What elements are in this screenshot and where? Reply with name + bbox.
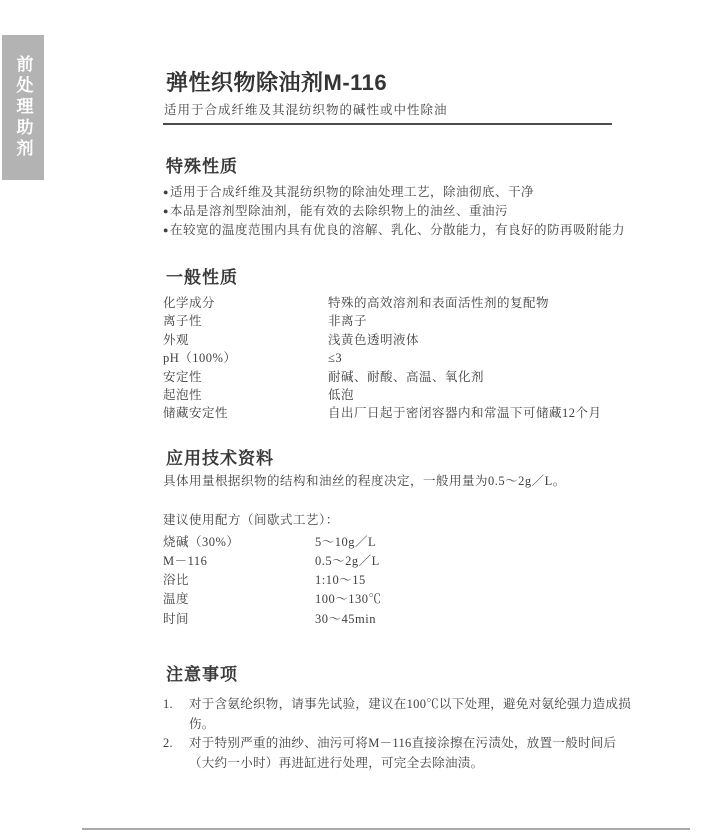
property-value: 自出厂日起于密闭容器内和常温下可储藏12个月 [328, 404, 645, 422]
list-item-text: 对于含氨纶织物，请事先试验，建议在100℃以下处理，避免对氨纶强力造成损伤。 [189, 695, 641, 735]
section-heading-special-properties: 特殊性质 [166, 157, 645, 177]
table-row: 温度 100～130℃ [163, 590, 645, 609]
special-properties-list: ●适用于合成纤维及其混纺织物的除油处理工艺，除油彻底、干净 ●本品是溶剂型除油剂… [163, 183, 645, 240]
list-item-text: 本品是溶剂型除油剂，能有效的去除织物上的油丝、重油污 [170, 204, 508, 218]
general-properties-table: 化学成分 特殊的高效溶剂和表面活性剂的复配物 离子性 非离子 外观 浅黄色透明液… [163, 294, 645, 423]
list-item: 1. 对于含氨纶织物，请事先试验，建议在100℃以下处理，避免对氨纶强力造成损伤… [163, 695, 645, 735]
recipe-label: 温度 [163, 590, 315, 609]
list-item: ●本品是溶剂型除油剂，能有效的去除织物上的油丝、重油污 [163, 202, 645, 221]
section-heading-notes: 注意事项 [166, 665, 645, 685]
recipe-label: M－116 [163, 552, 315, 571]
recipe-value: 30～45min [315, 610, 645, 629]
recipe-value: 100～130℃ [315, 590, 645, 609]
sidebar-category-label: 前处理助剂 [15, 55, 32, 160]
header-divider [163, 123, 612, 125]
list-item-number: 2. [163, 734, 189, 774]
recipe-table: 烧碱（30%） 5～10g／L M－116 0.5～2g／L 浴比 1:10～1… [163, 533, 645, 629]
list-item-number: 1. [163, 695, 189, 735]
recipe-title: 建议使用配方（间歇式工艺）： [163, 513, 645, 527]
property-value: 低泡 [328, 386, 645, 404]
property-label: 储藏安定性 [163, 404, 328, 422]
sidebar-category-tab: 前处理助剂 [2, 35, 44, 180]
property-value: 浅黄色透明液体 [328, 331, 645, 349]
table-row: 起泡性 低泡 [163, 386, 645, 404]
bullet-icon: ● [163, 225, 169, 235]
recipe-value: 1:10～15 [315, 571, 645, 590]
property-value: ≤3 [328, 349, 645, 367]
property-value: 特殊的高效溶剂和表面活性剂的复配物 [328, 294, 645, 312]
table-row: 外观 浅黄色透明液体 [163, 331, 645, 349]
application-intro-text: 具体用量根据织物的结构和油丝的程度决定，一般用量为0.5～2g／L。 [163, 474, 645, 488]
property-label: 化学成分 [163, 294, 328, 312]
table-row: 离子性 非离子 [163, 312, 645, 330]
recipe-value: 0.5～2g／L [315, 552, 645, 571]
page-title: 弹性织物除油剂M-116 [166, 70, 645, 96]
recipe-label: 时间 [163, 610, 315, 629]
footer-divider [82, 828, 690, 830]
list-item: ●在较宽的温度范围内具有优良的溶解、乳化、分散能力，有良好的防再吸附能力 [163, 221, 645, 240]
section-heading-general-properties: 一般性质 [166, 268, 645, 288]
property-value: 非离子 [328, 312, 645, 330]
table-row: 储藏安定性 自出厂日起于密闭容器内和常温下可储藏12个月 [163, 404, 645, 422]
notes-list: 1. 对于含氨纶织物，请事先试验，建议在100℃以下处理，避免对氨纶强力造成损伤… [163, 695, 645, 774]
property-label: pH（100%） [163, 349, 328, 367]
recipe-value: 5～10g／L [315, 533, 645, 552]
property-label: 外观 [163, 331, 328, 349]
table-row: 浴比 1:10～15 [163, 571, 645, 590]
recipe-label: 浴比 [163, 571, 315, 590]
list-item-text: 在较宽的温度范围内具有优良的溶解、乳化、分散能力，有良好的防再吸附能力 [170, 223, 625, 237]
list-item: ●适用于合成纤维及其混纺织物的除油处理工艺，除油彻底、干净 [163, 183, 645, 202]
list-item-text: 对于特别严重的油纱、油污可将M－116直接涂擦在污渍处，放置一般时间后（大约一小… [189, 734, 641, 774]
property-label: 安定性 [163, 368, 328, 386]
list-item-text: 适用于合成纤维及其混纺织物的除油处理工艺，除油彻底、干净 [170, 185, 534, 199]
table-row: M－116 0.5～2g／L [163, 552, 645, 571]
recipe-label: 烧碱（30%） [163, 533, 315, 552]
bullet-icon: ● [163, 187, 169, 197]
page-subtitle: 适用于合成纤维及其混纺织物的碱性或中性除油 [164, 103, 645, 117]
section-heading-application-data: 应用技术资料 [166, 449, 645, 469]
property-label: 离子性 [163, 312, 328, 330]
bullet-icon: ● [163, 206, 169, 216]
property-value: 耐碱、耐酸、高温、氧化剂 [328, 368, 645, 386]
table-row: 烧碱（30%） 5～10g／L [163, 533, 645, 552]
document-page: 前处理助剂 弹性织物除油剂M-116 适用于合成纤维及其混纺织物的碱性或中性除油… [0, 0, 709, 835]
property-label: 起泡性 [163, 386, 328, 404]
table-row: 时间 30～45min [163, 610, 645, 629]
content-column: 弹性织物除油剂M-116 适用于合成纤维及其混纺织物的碱性或中性除油 特殊性质 … [163, 0, 645, 774]
list-item: 2. 对于特别严重的油纱、油污可将M－116直接涂擦在污渍处，放置一般时间后（大… [163, 734, 645, 774]
table-row: 安定性 耐碱、耐酸、高温、氧化剂 [163, 368, 645, 386]
table-row: pH（100%） ≤3 [163, 349, 645, 367]
table-row: 化学成分 特殊的高效溶剂和表面活性剂的复配物 [163, 294, 645, 312]
